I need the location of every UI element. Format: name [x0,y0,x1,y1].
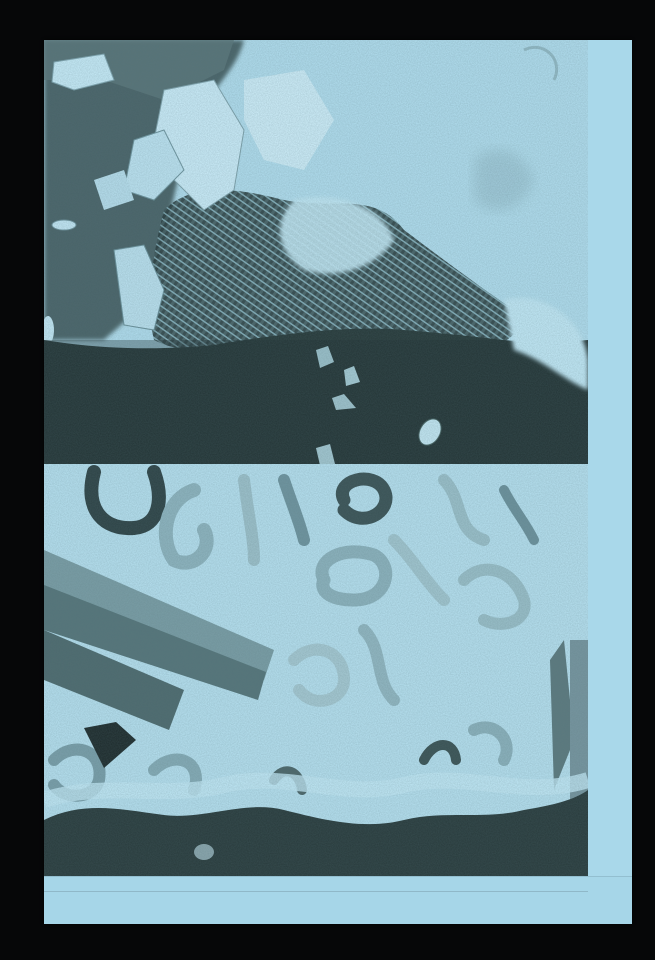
collage-illustration [44,40,588,890]
photo-slide [44,40,632,924]
collage-photo [44,40,588,890]
print-bottom-margin [44,876,632,924]
